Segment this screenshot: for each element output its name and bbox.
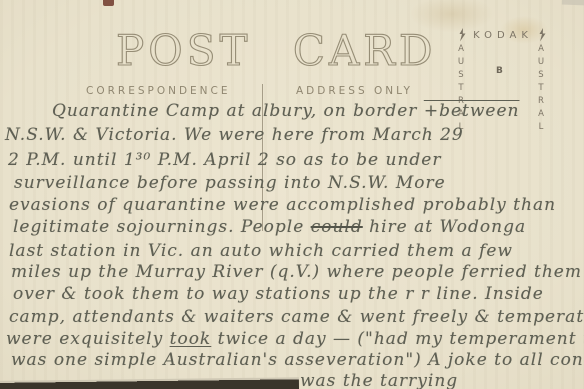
handwriting-text: Quarantine Camp at albury, on border [52,101,424,121]
card-corner-edge [562,0,584,5]
address-only-label: ADDRESS ONLY [296,85,413,97]
correspondence-label: CORRESPONDENCE [86,85,230,97]
handwriting-line: surveillance before passing into N.S.W. … [14,173,446,193]
handwriting-line: miles up the Murray River (q.V.) where p… [11,262,582,282]
handwriting-line: last station in Vic. an auto which carri… [9,241,513,261]
postcard: POST CARD CORRESPONDENCE ADDRESS ONLY KO… [0,0,584,389]
handwriting-line: over & took them to way stations up the … [13,284,544,304]
handwriting-underlined-word: took [170,329,212,349]
handwriting-line: camp, attendants & waiters came & went f… [9,307,584,327]
handwriting-line: N.S.W. & Victoria. We were here from Mar… [5,125,464,145]
handwriting-line: 2 P.M. until 1³⁰ P.M. April 2 so as to b… [8,150,442,170]
handwriting-line: Quarantine Camp at albury, on border +be… [52,101,519,121]
stamp-side-text-right: AUSTRAL [536,44,546,135]
handwriting-text: twice a day — ("had my temperament taken [211,329,584,349]
handwriting-inserted-word: +between [424,101,520,121]
handwriting-line: was the tarrying [300,371,458,389]
handwriting-line: was one simple Australian's asseveration… [11,350,584,370]
handwriting-line: were exquisitely took twice a day — ("ha… [6,329,584,349]
card-bottom-edge [0,377,299,389]
handwriting-text: were exquisitely [6,329,170,349]
stamp-side-text-left: AUSTRAL [456,44,466,135]
stamp-brand-text: KODAK [471,30,535,41]
red-edge-mark [103,0,114,6]
handwriting-line: legitimate sojournings. People could hir… [13,217,526,237]
postcard-title: POST CARD [116,26,437,75]
lightning-bolt-icon [458,28,467,42]
lightning-bolt-icon [538,28,547,42]
stamp-center-mark: B [496,66,503,76]
handwriting-struck-word: could [311,217,363,237]
handwriting-text: hire at Wodonga [363,217,526,237]
handwriting-text: legitimate sojournings. People [13,217,311,237]
handwriting-line: evasions of quarantine were accomplished… [9,195,556,215]
